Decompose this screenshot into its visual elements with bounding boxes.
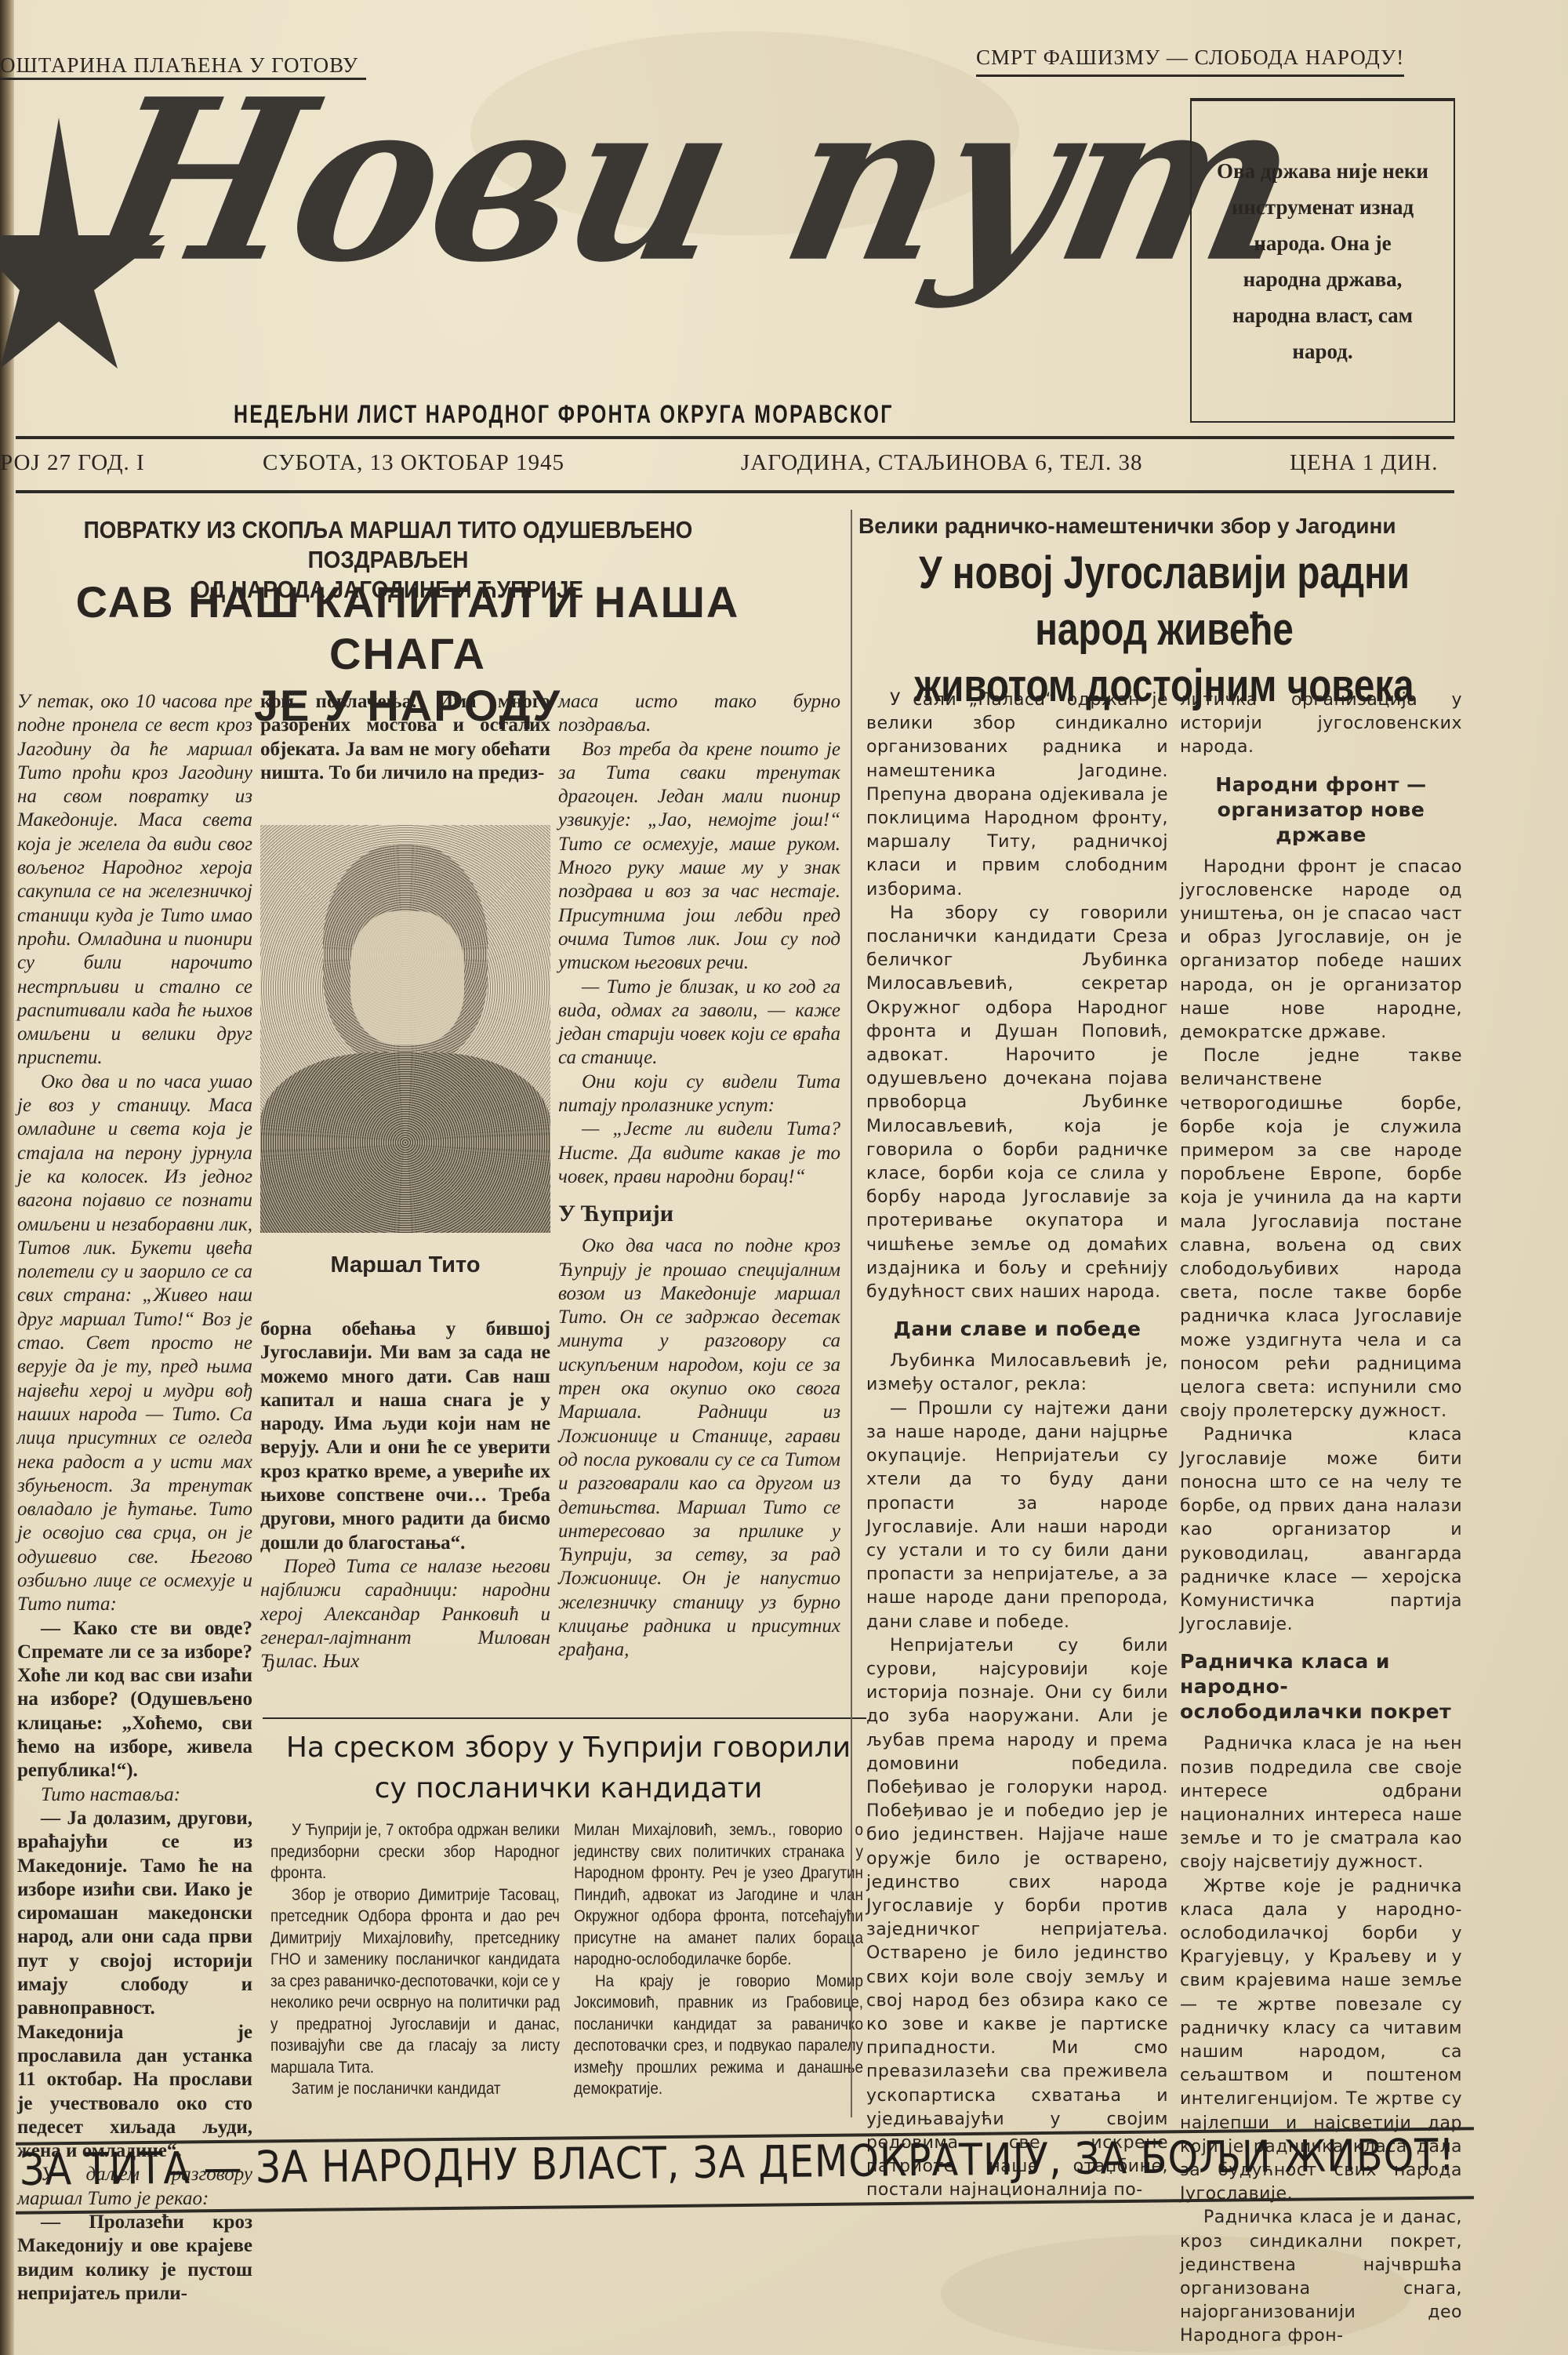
tito-column-1: У петак, око 10 часова пре подне пронела… [17, 690, 252, 2306]
tito-column-3: маса исто тако бурно поздравља. Воз треб… [558, 690, 840, 1663]
divider [16, 490, 1454, 493]
tito-portrait-photo [260, 825, 550, 1233]
divider [263, 1717, 866, 1719]
cuprija-headline: На среском збору у Ћуприји говорили су п… [263, 1728, 874, 1809]
column-divider [851, 510, 852, 2117]
tito-column-2: ком повлачења. Има много разорених мосто… [260, 690, 550, 785]
photo-caption: Маршал Тито [260, 1252, 550, 1278]
newspaper-subtitle: НЕДЕЉНИ ЛИСТ НАРОДНОГ ФРОНТА ОКРУГА МОРА… [234, 400, 894, 429]
photo-body [260, 1052, 550, 1233]
issue-price: ЦЕНА 1 ДИН. [1290, 450, 1438, 476]
divider [16, 436, 1454, 439]
subhead-front: Народни фронт — организатор нове државе [1180, 772, 1462, 848]
quote-text: Ова држава није неки инструменат изнад н… [1213, 153, 1432, 369]
workers-column-1: У сали „Паласа“ одржан је велики збор си… [866, 689, 1168, 2203]
quote-box: Ова држава није неки инструменат изнад н… [1190, 98, 1455, 423]
issue-address: ЈАГОДИНА, СТАЉИНОВА 6, ТЕЛ. 38 [741, 450, 1142, 476]
photo-face [350, 911, 464, 1045]
cuprija-column-2: Милан Михајловић, земљ., говорио о једин… [574, 1819, 863, 2100]
tito-column-2-cont: борна обећања у бившој Југославији. Ми в… [260, 1317, 550, 1674]
subhead-cuprija: У Ћуприји [558, 1201, 840, 1227]
issue-number: РОЈ 27 ГОД. I [0, 450, 145, 476]
subhead-days: Дани славе и победе [866, 1317, 1168, 1342]
newspaper-title: Нови пут [78, 69, 1313, 292]
cuprija-column-1: У Ћуприји је, 7 октобра одржан велики пр… [270, 1819, 560, 2100]
subhead-class: Радничка класа и народно-ослободилачки п… [1180, 1649, 1462, 1724]
workers-column-2: литичка организација у историји југослов… [1180, 689, 1462, 2349]
workers-kicker: Велики радничко-намештенички збор у Јаго… [858, 514, 1396, 539]
issue-date: СУБОТА, 13 ОКТОБАР 1945 [263, 450, 564, 476]
